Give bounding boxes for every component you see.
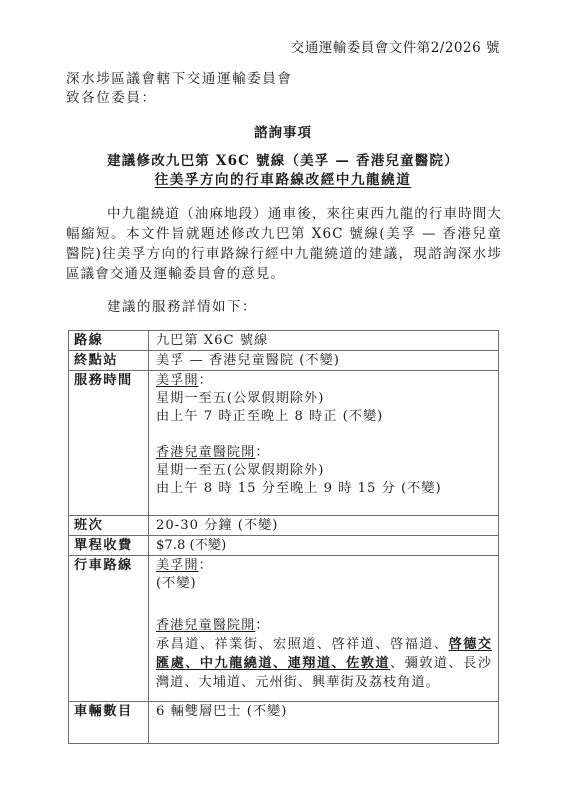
service-details-table: 路線 九巴第 X6C 號線 終點站 美孚 — 香港兒童醫院 (不變) 服務時間 …	[68, 330, 499, 744]
routing-mei-foo-heading: 美孚開：	[156, 557, 492, 575]
body-paragraph: 中九龍繞道（油麻地段）通車後，來往東西九龍的行車時間大幅縮短。本文件旨就題述修改…	[66, 204, 502, 284]
hkch-hours: 由上午 8 時 15 分至晚上 9 時 15 分 (不變)	[156, 480, 492, 498]
table-row-fare: 單程收費 $7.8 (不變)	[69, 536, 499, 556]
mei-foo-days: 星期一至五(公眾假期除外)	[156, 390, 492, 408]
document-title-line1: 建議修改九巴第 X6C 號線（美孚 — 香港兒童醫院）	[0, 149, 566, 169]
document-title-line2: 往美孚方向的行車路線改經中九龍繞道	[0, 168, 566, 188]
label-route: 路線	[69, 331, 149, 351]
hkch-days: 星期一至五(公眾假期除外)	[156, 462, 492, 480]
details-intro: 建議的服務詳情如下：	[107, 295, 257, 315]
mei-foo-departure-heading: 美孚開：	[156, 372, 492, 390]
value-service-hours: 美孚開： 星期一至五(公眾假期除外) 由上午 7 時正至晚上 8 時正 (不變)…	[149, 371, 499, 516]
table-row-routing: 行車路線 美孚開： (不變) 香港兒童醫院開： 承昌道、祥業街、宏照道、啓祥道、…	[69, 556, 499, 702]
consultation-heading: 諮詢事項	[0, 121, 566, 141]
table-row-route: 路線 九巴第 X6C 號線	[69, 331, 499, 351]
mei-foo-hours: 由上午 7 時正至晚上 8 時正 (不變)	[156, 408, 492, 426]
value-routing: 美孚開： (不變) 香港兒童醫院開： 承昌道、祥業街、宏照道、啓祥道、啓福道、啓…	[149, 556, 499, 702]
addressee-committee: 深水埗區議會轄下交通運輸委員會	[66, 67, 293, 87]
label-service-hours: 服務時間	[69, 371, 149, 516]
hkch-departure-heading: 香港兒童醫院開：	[156, 444, 492, 462]
routing-hkch-heading: 香港兒童醫院開：	[156, 617, 492, 635]
value-frequency: 20-30 分鐘 (不變)	[149, 516, 499, 536]
value-route: 九巴第 X6C 號線	[149, 331, 499, 351]
label-fare: 單程收費	[69, 536, 149, 556]
label-terminus: 終點站	[69, 351, 149, 371]
table-row-vehicles: 車輛數目 6 輛雙層巴士 (不變)	[69, 702, 499, 744]
value-vehicles: 6 輛雙層巴士 (不變)	[149, 702, 499, 744]
table-row-frequency: 班次 20-30 分鐘 (不變)	[69, 516, 499, 536]
table-row-terminus: 終點站 美孚 — 香港兒童醫院 (不變)	[69, 351, 499, 371]
table-row-service-hours: 服務時間 美孚開： 星期一至五(公眾假期除外) 由上午 7 時正至晚上 8 時正…	[69, 371, 499, 516]
routing-hkch-streets: 承昌道、祥業街、宏照道、啓祥道、啓福道、啓德交匯處、中九龍繞道、連翔道、佐敦道、…	[156, 635, 492, 692]
label-vehicles: 車輛數目	[69, 702, 149, 744]
addressee-salutation: 致各位委員：	[66, 86, 157, 106]
label-frequency: 班次	[69, 516, 149, 536]
document-title-line2-text: 往美孚方向的行車路線改經中九龍繞道	[155, 172, 412, 188]
value-terminus: 美孚 — 香港兒童醫院 (不變)	[149, 351, 499, 371]
routing-mei-foo-unchanged: (不變)	[156, 575, 492, 593]
label-routing: 行車路線	[69, 556, 149, 702]
value-fare: $7.8 (不變)	[149, 536, 499, 556]
document-reference: 交通運輸委員會文件第2/2026 號	[291, 36, 500, 56]
